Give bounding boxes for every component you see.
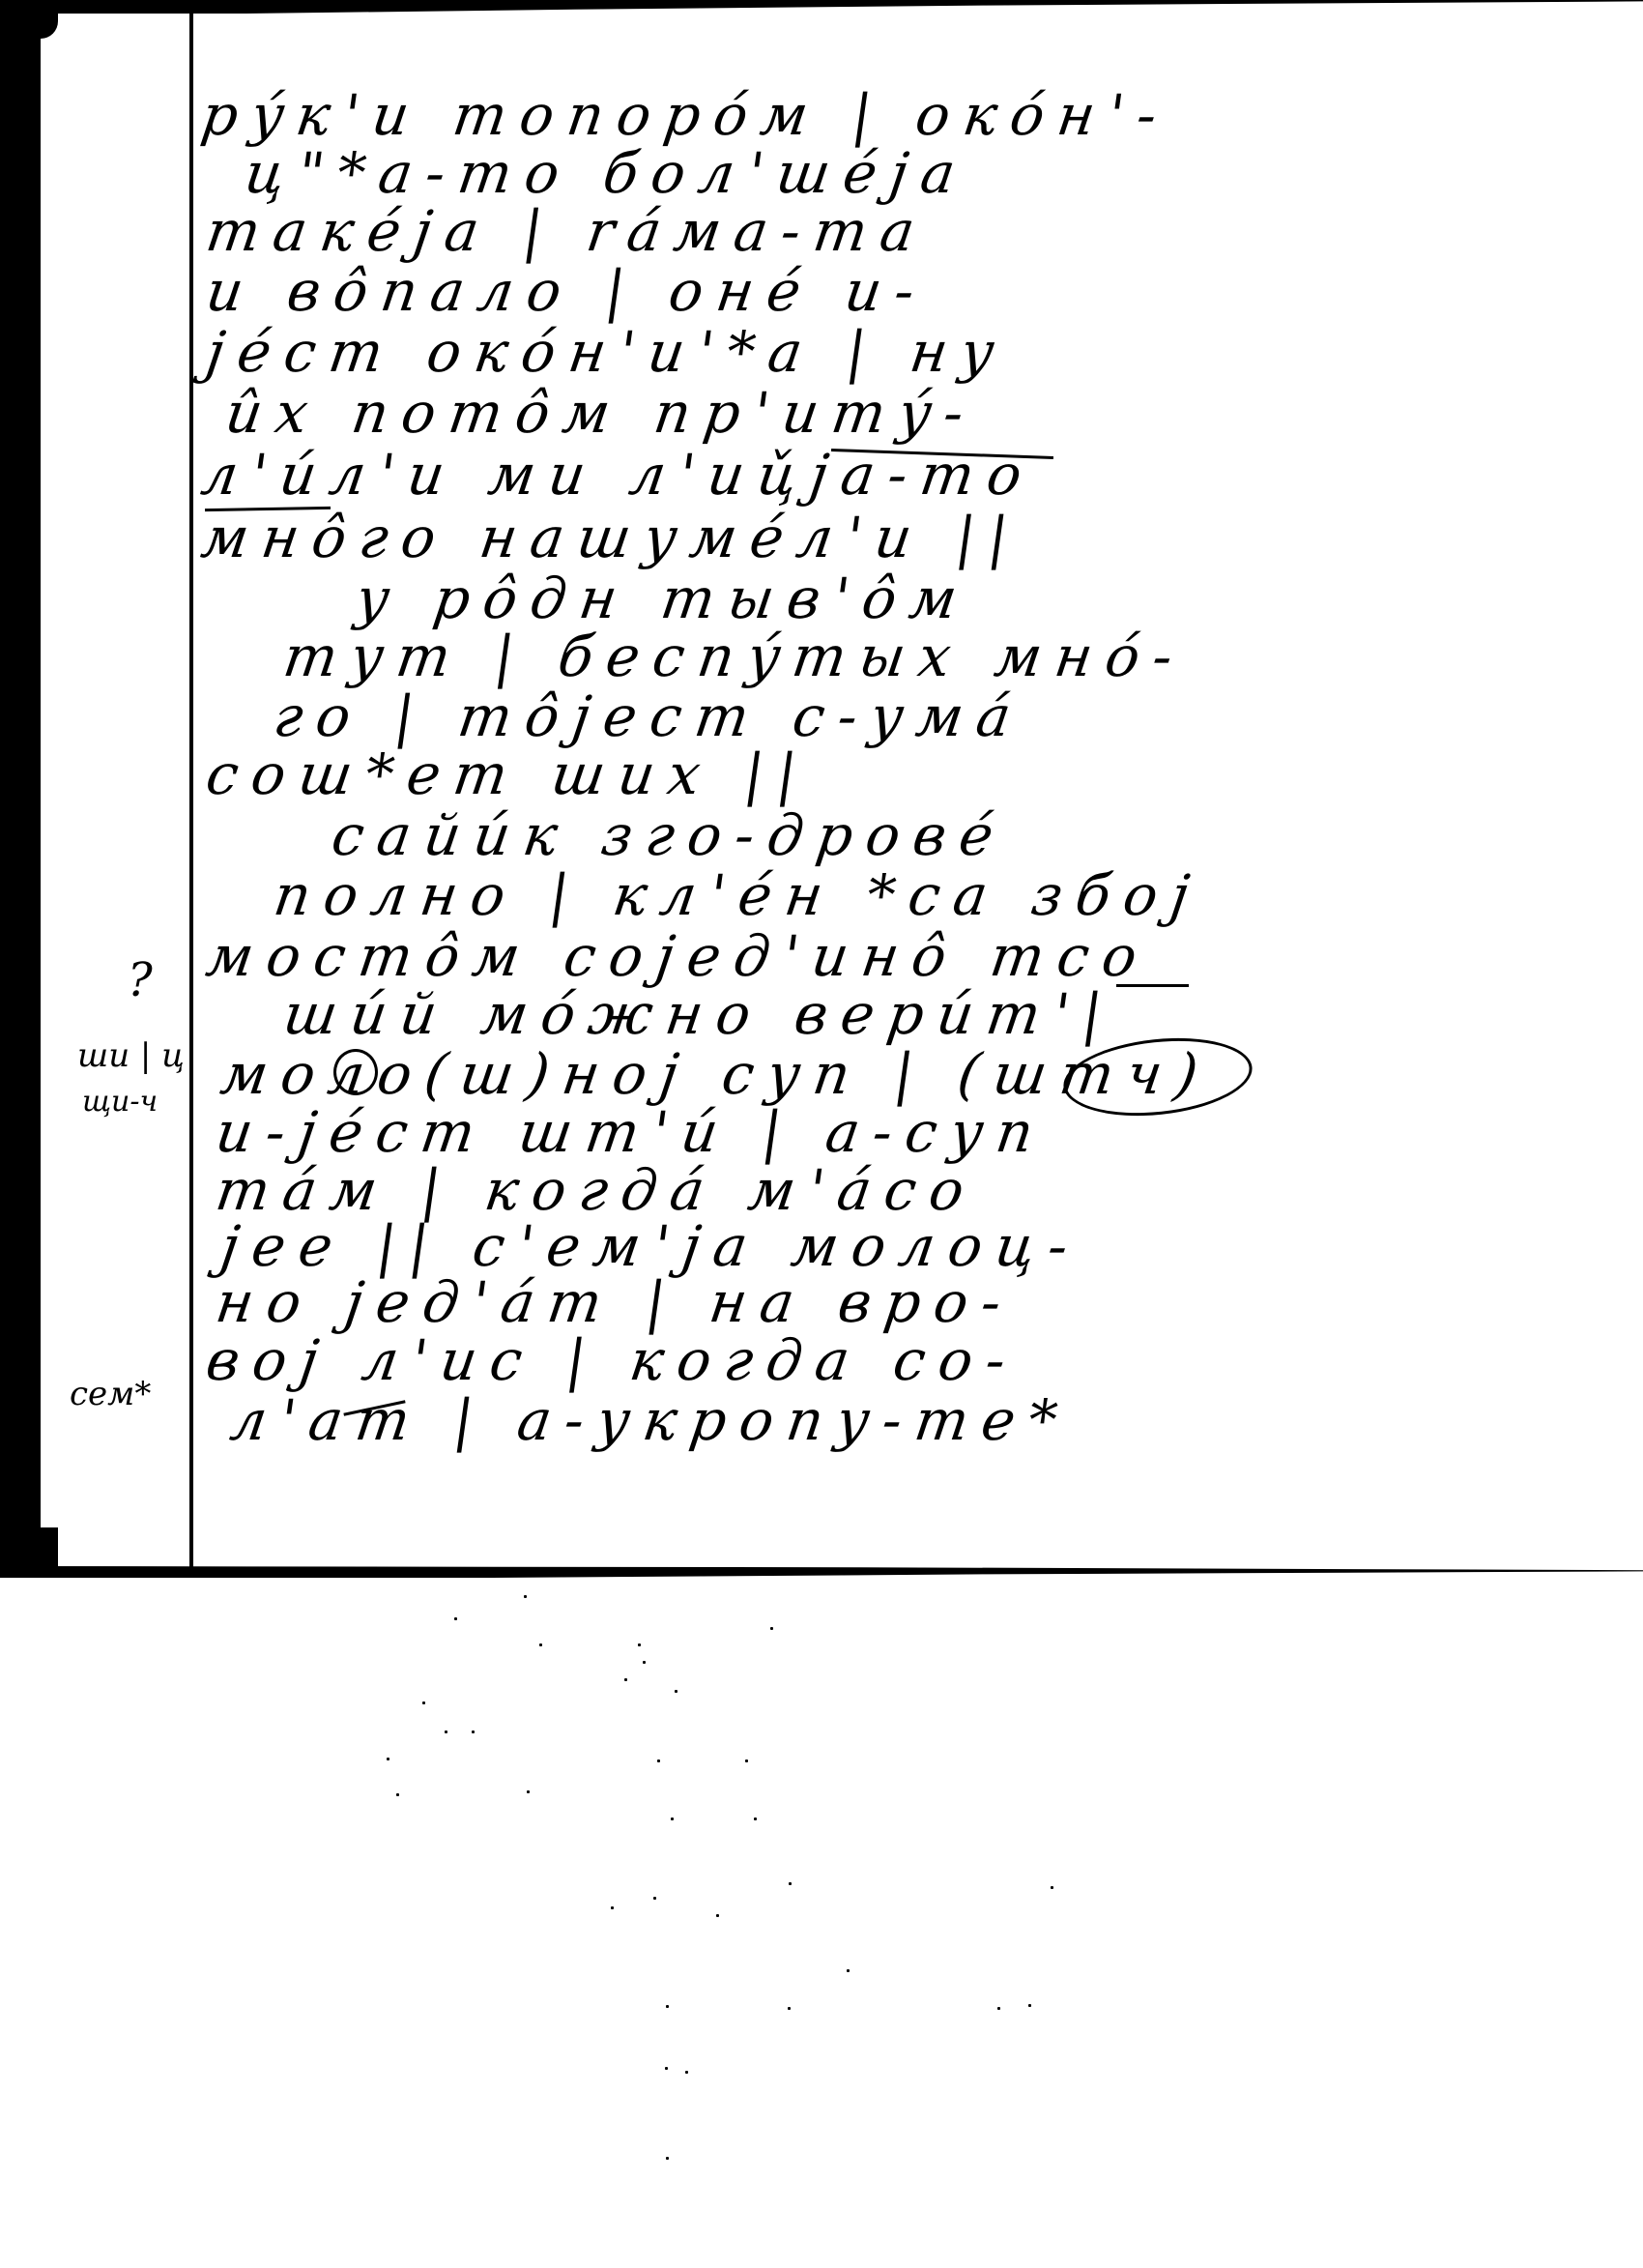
manuscript-line: рýк'и топорóм | окóн'- — [198, 87, 1173, 143]
scan-edge-top — [0, 0, 1643, 14]
scan-speck — [472, 1730, 475, 1733]
scanned-page: рýк'и топорóм | окóн'- ц"*а-то бол'шéја … — [0, 0, 1643, 1585]
scan-speck — [445, 1730, 447, 1733]
manuscript-line: тут | беспýтых мнó- — [280, 628, 1190, 684]
manuscript-line: го | тôјест с-умá — [271, 688, 1027, 744]
manuscript-line: такéја | ráма-та — [203, 203, 932, 259]
scan-speck — [396, 1793, 399, 1796]
manuscript-line: јéст окóн'и'*а | ну — [203, 324, 1011, 380]
scan-speck — [624, 1678, 627, 1681]
margin-note: ши | ц — [77, 1039, 185, 1072]
manuscript-line: мнôго нашумéл'и || — [198, 509, 1025, 566]
manuscript-line: л'ат | а-укропу-те* — [227, 1392, 1074, 1448]
scan-speck — [665, 2067, 668, 2070]
scan-speck — [745, 1759, 748, 1762]
manuscript-line: сайúк зго-дровé — [329, 807, 1010, 863]
scan-speck — [527, 1790, 530, 1793]
manuscript-line: тáм | когдá м'áсо — [213, 1162, 981, 1218]
margin-note: щи-ч — [82, 1088, 158, 1117]
scan-speck — [770, 1627, 773, 1630]
scan-speck — [638, 1643, 641, 1646]
manuscript-line: сош*ет ших || — [203, 746, 814, 802]
scan-speck — [675, 1690, 677, 1693]
scan-speck — [666, 2157, 669, 2160]
scan-speck — [1051, 1886, 1053, 1889]
manuscript-line: полно | кл'éн *са збој — [271, 867, 1206, 923]
scan-speck — [539, 1643, 542, 1646]
manuscript-line: у рôдн тыв'ôм — [353, 570, 974, 626]
scan-speck — [666, 2005, 669, 2008]
manuscript-line: и-јéст шт'ú | а-суп — [213, 1104, 1051, 1160]
scan-speck — [524, 1595, 527, 1598]
scan-speck — [789, 1882, 792, 1885]
scan-speck — [387, 1758, 389, 1760]
margin-note: сем* — [70, 1378, 151, 1410]
scan-edge-bottom — [0, 1566, 1643, 1578]
scan-speck — [422, 1701, 425, 1704]
scan-speck — [657, 1759, 660, 1762]
scan-speck — [643, 1661, 646, 1664]
manuscript-line: л'úл'и ми л'иц̌ја-то — [198, 447, 1039, 503]
scan-speck — [847, 1969, 850, 1972]
margin-rule — [189, 10, 193, 1571]
circled-letter-mark — [333, 1049, 378, 1095]
manuscript-line: но јед'áт | на вро- — [213, 1274, 1018, 1330]
scan-speck — [653, 1897, 656, 1900]
manuscript-line: и вôпало | онé и- — [203, 263, 932, 319]
scan-speck — [454, 1617, 457, 1620]
scan-speck — [716, 1914, 719, 1917]
scan-speck — [788, 2007, 791, 2010]
scan-speck — [685, 2071, 688, 2074]
manuscript-line: шúй мóжно верúт'| — [280, 986, 1119, 1042]
scan-speck — [997, 2007, 1000, 2010]
scan-speck — [754, 1817, 757, 1820]
margin-note-question-mark: ? — [128, 957, 153, 1003]
manuscript-line: јеe || с'ем'ја молоц- — [217, 1218, 1084, 1274]
scan-speck — [671, 1817, 674, 1820]
scan-speck — [1028, 2004, 1031, 2007]
underline-mark — [1116, 984, 1189, 987]
manuscript-line: ц"*а-то бол'шéја — [242, 145, 972, 201]
manuscript-line: вој л'ис | когда со- — [203, 1332, 1023, 1388]
manuscript-line: мостôм сојед'инô тсо — [203, 928, 1154, 984]
manuscript-line: ûх потôм пр'итý- — [222, 385, 981, 441]
scan-speck — [611, 1906, 614, 1909]
scan-edge-left — [0, 0, 41, 1578]
